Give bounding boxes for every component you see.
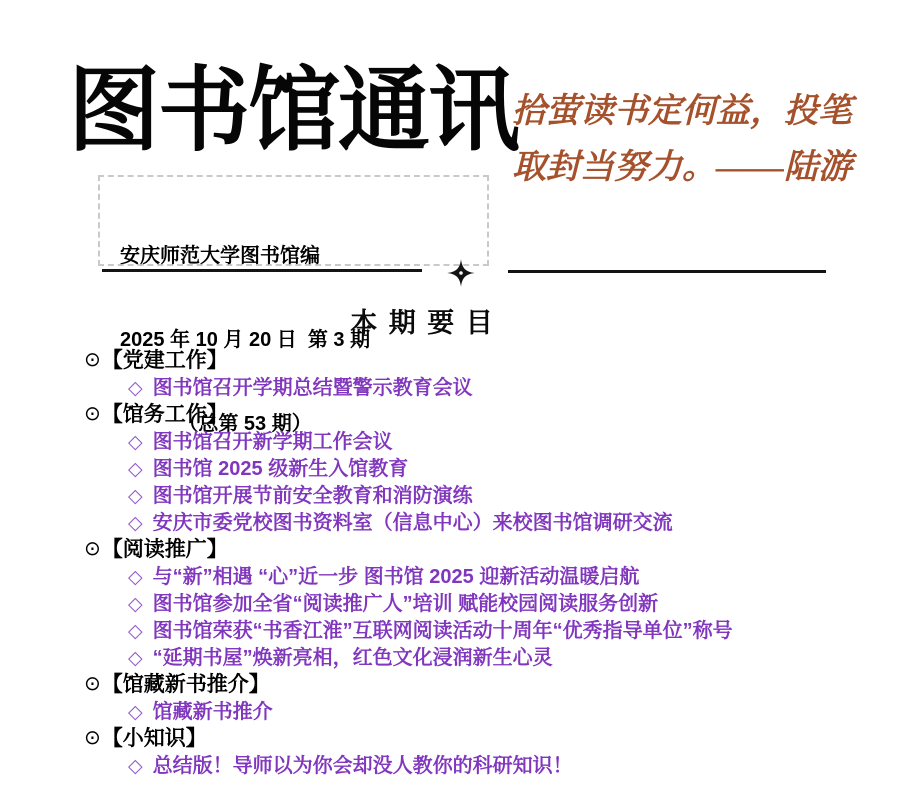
- toc-section-label: 【阅读推广】: [102, 533, 228, 563]
- masthead-quote: 拾萤读书定何益，投笔 取封当努力。——陆游: [512, 84, 904, 196]
- toc-section-label: 【馆务工作】: [102, 398, 228, 428]
- toc-item-label[interactable]: 图书馆开展节前安全教育和消防演练: [153, 479, 473, 508]
- section-bullet-icon: ⊙: [84, 536, 101, 561]
- diamond-bullet-icon: ◇: [128, 512, 143, 535]
- newsletter-title: 图书馆通讯: [68, 60, 518, 163]
- toc-list: ⊙ 【党建工作】 ◇ 图书馆召开学期总结暨警示教育会议 ⊙ 【馆务工作】 ◇ 图…: [84, 344, 733, 776]
- toc-item[interactable]: ◇ 安庆市委党校图书资料室（信息中心）来校图书馆调研交流: [84, 506, 733, 533]
- quote-line-1: 拾萤读书定何益，投笔: [512, 84, 904, 140]
- toc-heading: 本 期 要 目: [0, 301, 845, 340]
- diamond-bullet-icon: ◇: [128, 620, 143, 643]
- toc-section-label: 【小知识】: [102, 722, 207, 752]
- section-bullet-icon: ⊙: [84, 725, 101, 750]
- toc-section-dangjian: ⊙ 【党建工作】: [84, 344, 733, 371]
- quote-line-2: 取封当努力。——陆游: [512, 140, 904, 196]
- toc-item[interactable]: ◇ 图书馆召开新学期工作会议: [84, 425, 733, 452]
- divider-line-right: [508, 270, 826, 273]
- toc-item[interactable]: ◇ “延期书屋”焕新亮相，红色文化浸润新生心灵: [84, 641, 733, 668]
- toc-section-label: 【党建工作】: [102, 344, 228, 374]
- toc-section-guanwu: ⊙ 【馆务工作】: [84, 398, 733, 425]
- toc-item-label[interactable]: 图书馆荣获“书香江淮”互联网阅读活动十周年“优秀指导单位”称号: [153, 614, 733, 643]
- diamond-bullet-icon: ◇: [128, 458, 143, 481]
- diamond-bullet-icon: ◇: [128, 485, 143, 508]
- diamond-bullet-icon: ◇: [128, 377, 143, 400]
- toc-item-label[interactable]: 图书馆召开新学期工作会议: [153, 425, 393, 454]
- toc-section-yuedu: ⊙ 【阅读推广】: [84, 533, 733, 560]
- toc-item[interactable]: ◇ 总结版！导师以为你会却没人教你的科研知识！: [84, 749, 733, 776]
- toc-item[interactable]: ◇ 馆藏新书推介: [84, 695, 733, 722]
- publisher-line: 安庆师范大学图书馆编: [120, 242, 370, 270]
- toc-item-label[interactable]: 图书馆 2025 级新生入馆教育: [153, 452, 409, 481]
- toc-section-xiaozhishi: ⊙ 【小知识】: [84, 722, 733, 749]
- diamond-bullet-icon: ◇: [128, 566, 143, 589]
- toc-item-label[interactable]: “延期书屋”焕新亮相，红色文化浸润新生心灵: [153, 641, 553, 670]
- issue-info-box: 安庆师范大学图书馆编 2025 年 10 月 20 日 第 3 期 （总第 53…: [98, 175, 489, 266]
- diamond-bullet-icon: ◇: [128, 593, 143, 616]
- toc-item-label[interactable]: 图书馆召开学期总结暨警示教育会议: [153, 371, 473, 400]
- newsletter-page: 图书馆通讯 拾萤读书定何益，投笔 取封当努力。——陆游 安庆师范大学图书馆编 2…: [0, 0, 909, 803]
- toc-item[interactable]: ◇ 与“新”相遇 “心”近一步 图书馆 2025 迎新活动温暖启航: [84, 560, 733, 587]
- section-bullet-icon: ⊙: [84, 401, 101, 426]
- toc-section-label: 【馆藏新书推介】: [102, 668, 270, 698]
- diamond-bullet-icon: ◇: [128, 701, 143, 724]
- toc-item[interactable]: ◇ 图书馆开展节前安全教育和消防演练: [84, 479, 733, 506]
- toc-item-label[interactable]: 总结版！导师以为你会却没人教你的科研知识！: [153, 749, 573, 778]
- toc-item-label[interactable]: 图书馆参加全省“阅读推广人”培训 赋能校园阅读服务创新: [153, 587, 659, 616]
- divider-line-left: [102, 269, 422, 272]
- toc-item-label[interactable]: 与“新”相遇 “心”近一步 图书馆 2025 迎新活动温暖启航: [153, 560, 640, 589]
- toc-item[interactable]: ◇ 图书馆 2025 级新生入馆教育: [84, 452, 733, 479]
- diamond-bullet-icon: ◇: [128, 647, 143, 670]
- toc-item-label[interactable]: 安庆市委党校图书资料室（信息中心）来校图书馆调研交流: [153, 506, 673, 535]
- toc-item[interactable]: ◇ 图书馆荣获“书香江淮”互联网阅读活动十周年“优秀指导单位”称号: [84, 614, 733, 641]
- section-bullet-icon: ⊙: [84, 347, 101, 372]
- toc-section-guancang: ⊙ 【馆藏新书推介】: [84, 668, 733, 695]
- toc-item[interactable]: ◇ 图书馆参加全省“阅读推广人”培训 赋能校园阅读服务创新: [84, 587, 733, 614]
- star-divider-icon: [446, 258, 476, 288]
- toc-item[interactable]: ◇ 图书馆召开学期总结暨警示教育会议: [84, 371, 733, 398]
- section-bullet-icon: ⊙: [84, 671, 101, 696]
- diamond-bullet-icon: ◇: [128, 431, 143, 454]
- diamond-bullet-icon: ◇: [128, 755, 143, 778]
- toc-item-label[interactable]: 馆藏新书推介: [153, 695, 273, 724]
